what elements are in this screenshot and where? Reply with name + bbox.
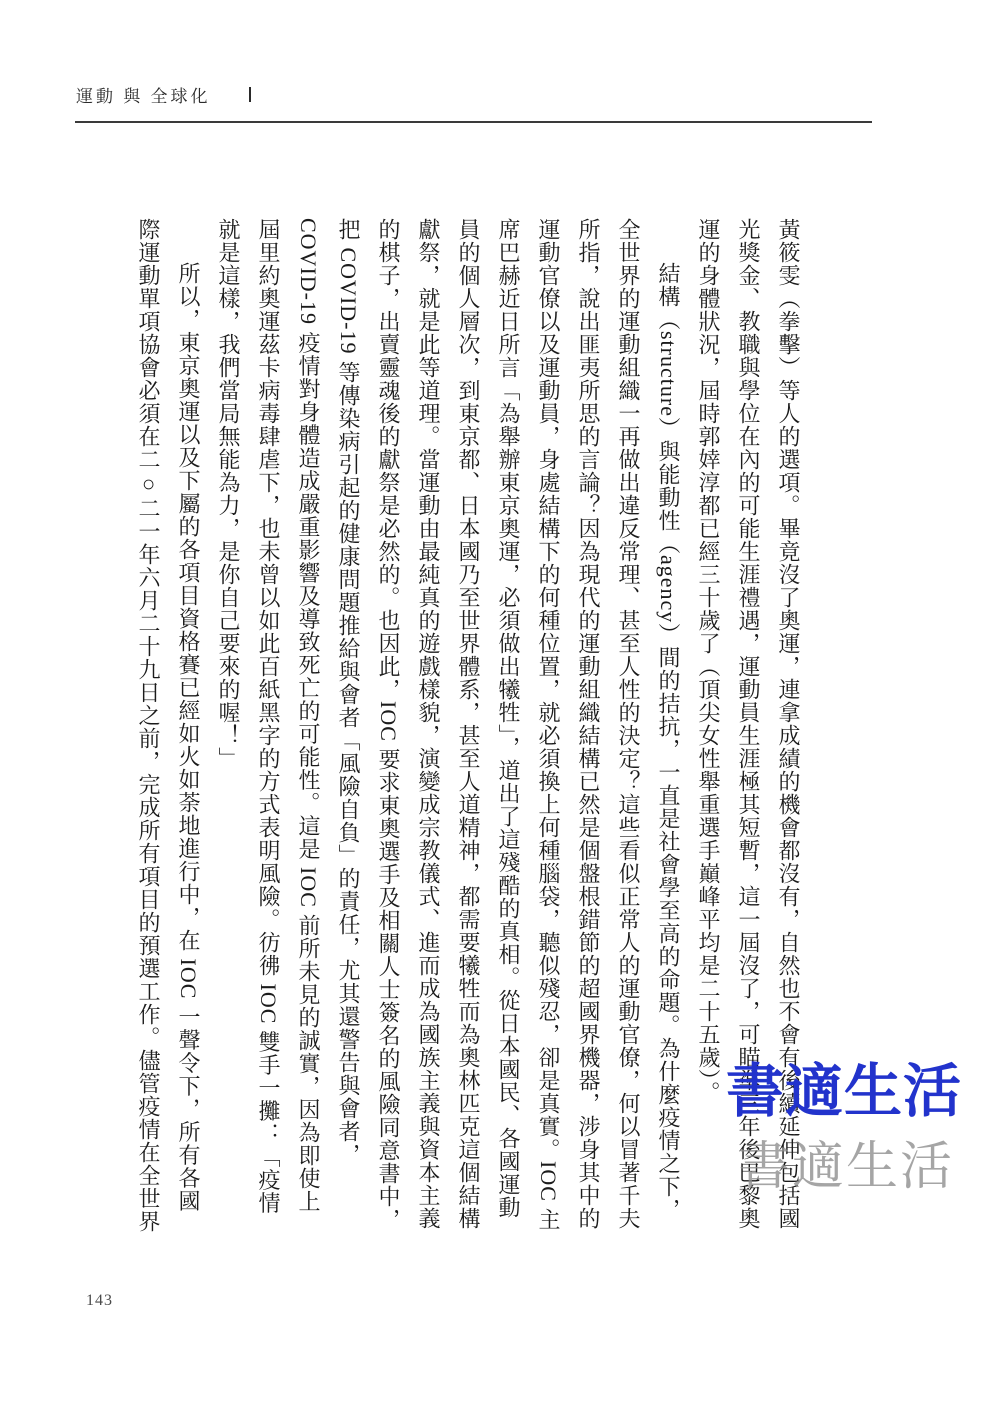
book-page: 運動 與 全球化 黃筱雯（拳擊）等人的選項。畢竟沒了奧運，連拿成績的機會都沒有，… (0, 0, 1000, 1402)
header-rule-line (75, 121, 872, 123)
running-header: 運動 與 全球化 (76, 82, 251, 107)
watermark-gray: 書適生活 (738, 1124, 954, 1199)
paragraph-qualifiers: 所以，東京奧運以及下屬的各項目資格賽已經如火如荼地進行中，在 IOC 一聲令下，… (128, 218, 208, 1234)
paragraph-structure-agency: 結構（structure）與能動性（agency）間的拮抗，一直是社會學至高的命… (208, 218, 688, 1234)
main-text-block: 黃筱雯（拳擊）等人的選項。畢竟沒了奧運，連拿成績的機會都沒有，自然也不會有後續延… (127, 218, 808, 1234)
watermark-blue: 書適生活 (726, 1044, 962, 1128)
page-number: 143 (86, 1292, 113, 1310)
chapter-title: 運動 與 全球化 (76, 82, 211, 107)
header-divider-bar (249, 87, 251, 102)
